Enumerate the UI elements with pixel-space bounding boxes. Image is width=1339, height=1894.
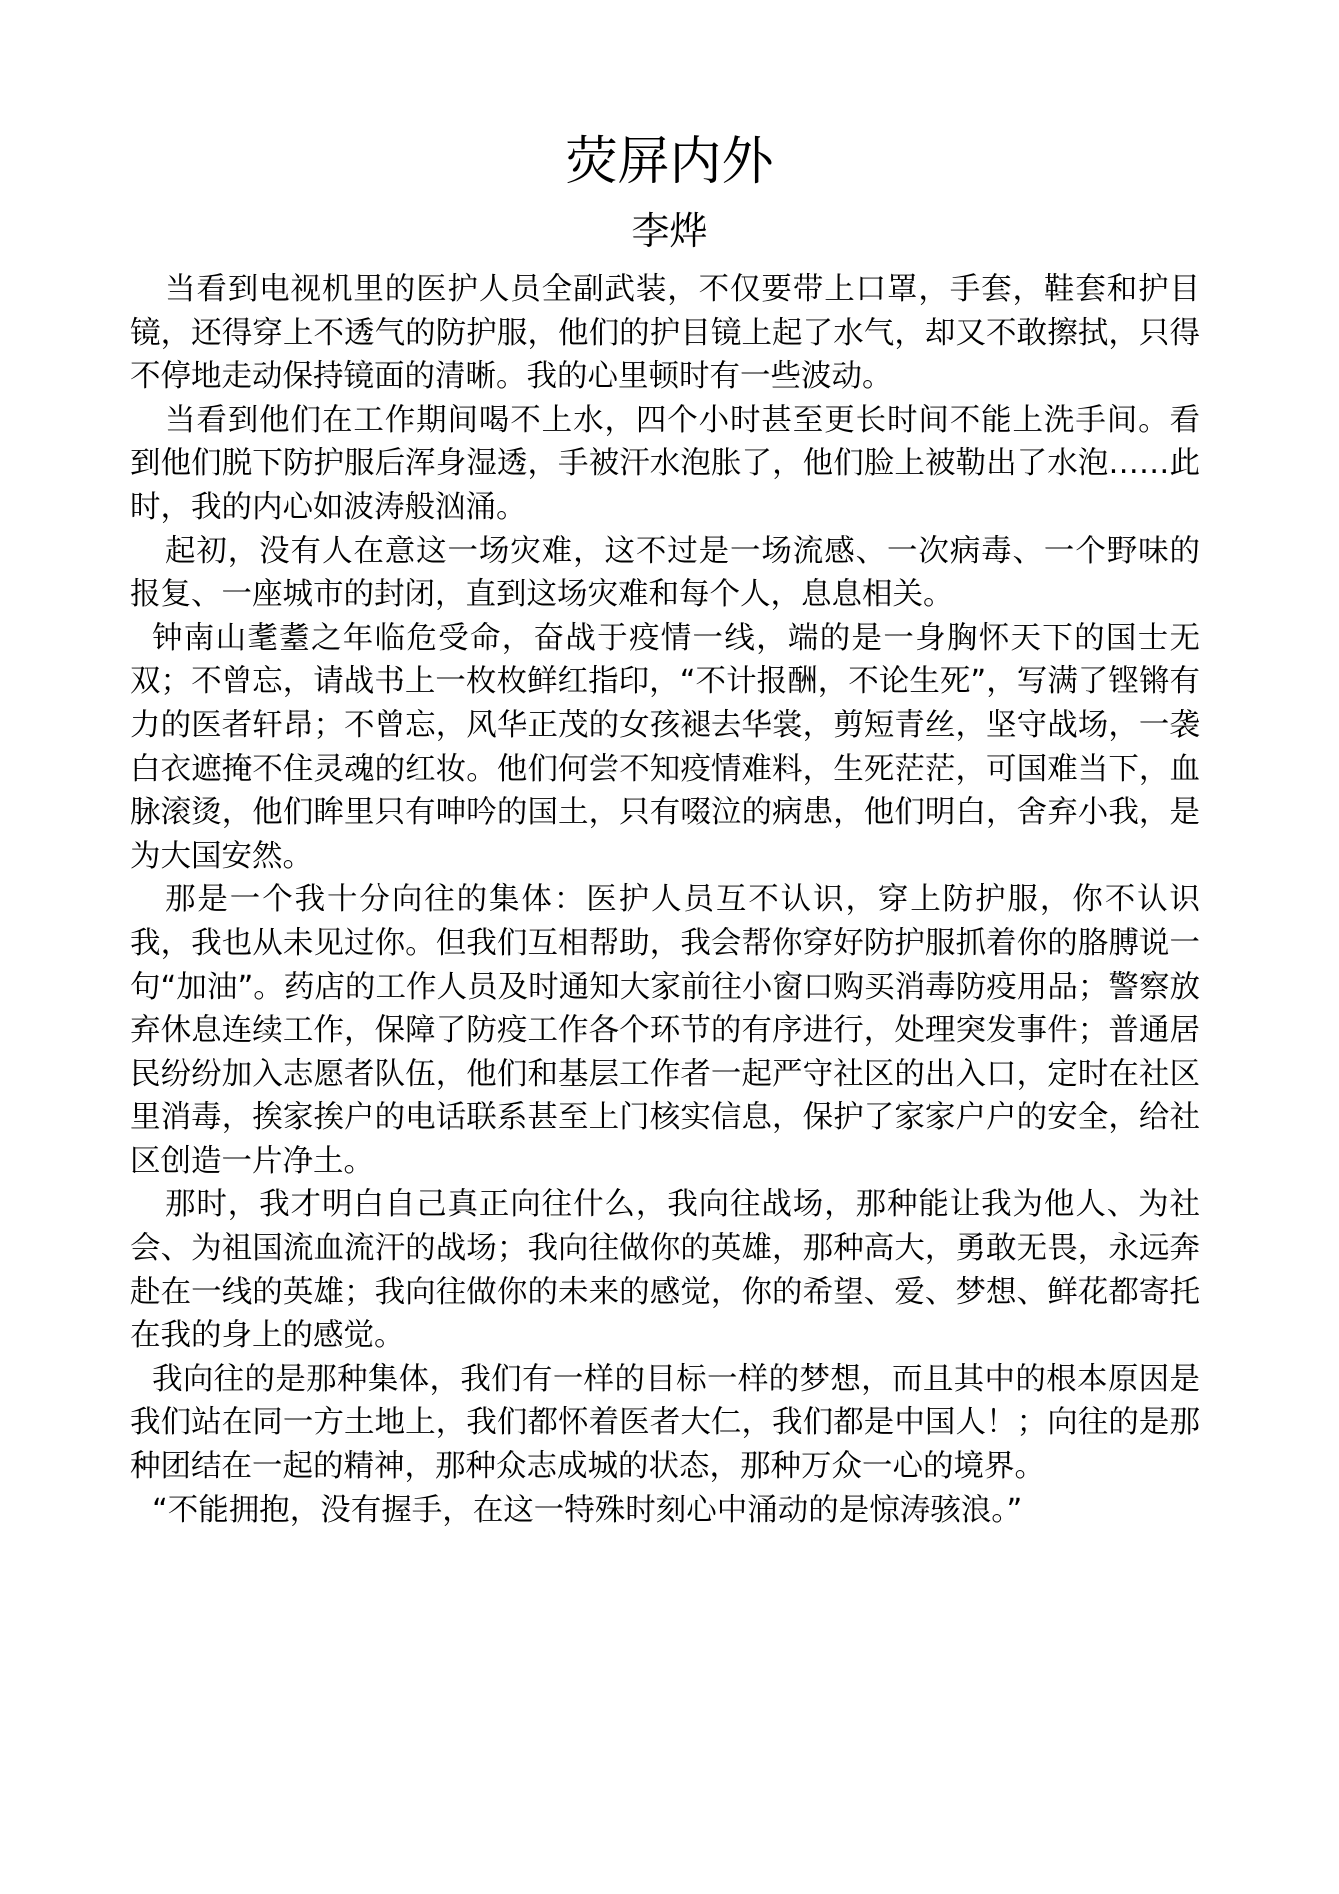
document-author: 李烨 [0,208,1339,254]
paragraph-3: 起初，没有人在意这一场灾难，这不过是一场流感、一次病毒、一个野味的报复、一座城市… [130,530,1200,617]
paragraph-8: “不能拥抱，没有握手，在这一特殊时刻心中涌动的是惊涛骇浪。” [130,1489,1200,1533]
paragraph-5: 那是一个我十分向往的集体：医护人员互不认识，穿上防护服，你不认识我，我也从未见过… [130,878,1200,1183]
paragraph-7: 我向往的是那种集体，我们有一样的目标一样的梦想，而且其中的根本原因是我们站在同一… [130,1358,1200,1489]
document-body: 当看到电视机里的医护人员全副武装，不仅要带上口罩，手套，鞋套和护目镜，还得穿上不… [130,268,1200,1532]
paragraph-2: 当看到他们在工作期间喝不上水，四个小时甚至更长时间不能上洗手间。看到他们脱下防护… [130,399,1200,530]
paragraph-6: 那时，我才明白自己真正向往什么，我向往战场，那种能让我为他人、为社会、为祖国流血… [130,1183,1200,1357]
paragraph-4: 钟南山耄耋之年临危受命，奋战于疫情一线，端的是一身胸怀天下的国士无双；不曾忘，请… [130,617,1200,879]
document-title: 荧屏内外 [0,130,1339,194]
paragraph-1: 当看到电视机里的医护人员全副武装，不仅要带上口罩，手套，鞋套和护目镜，还得穿上不… [130,268,1200,399]
